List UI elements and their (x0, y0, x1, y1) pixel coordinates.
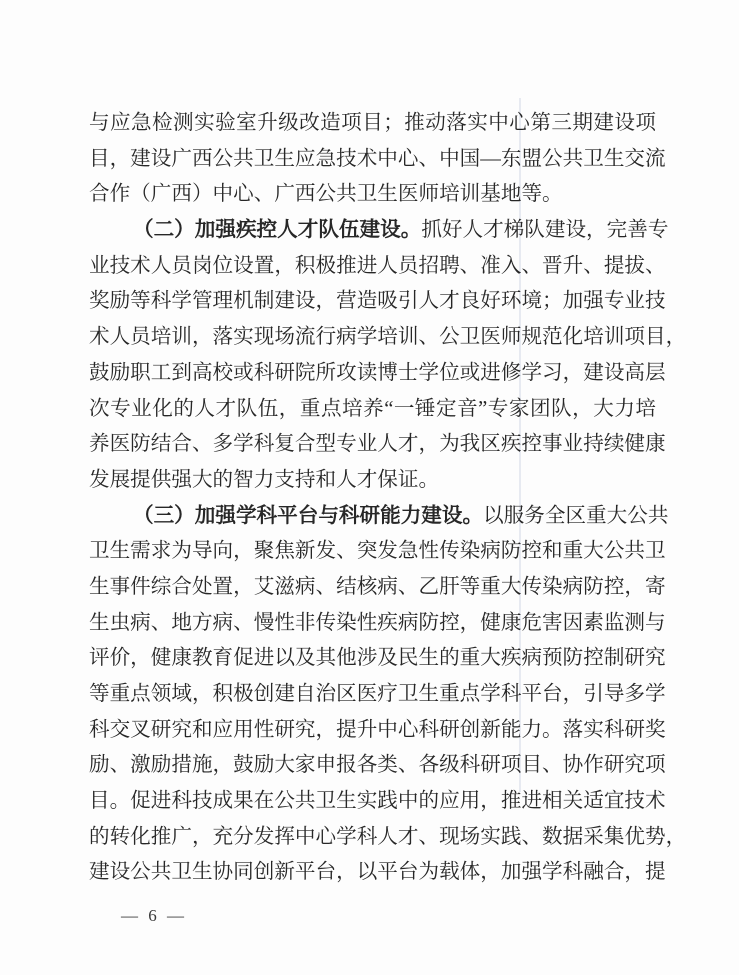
text-line: 评价，健康教育促进以及其他涉及民生的重大疾病预防控制研究 (89, 641, 656, 677)
text-line: 励、激励措施，鼓励大家申报各类、各级科研项目、协作研究项 (89, 748, 656, 784)
paragraph-body-text: 等重点领域，积极创建自治区医疗卫生重点学科平台，引导多学 (89, 683, 666, 705)
text-line: 术人员培训，落实现场流行病学培训、公卫医师规范化培训项目， (89, 320, 656, 356)
text-line: 卫生需求为导向，聚焦新发、突发急性传染病防控和重大公共卫 (89, 534, 656, 570)
text-line: 业技术人员岗位设置，积极推进人员招聘、准入、晋升、提拔、 (89, 249, 656, 285)
text-line: 建设公共卫生协同创新平台，以平台为载体，加强学科融合，提 (89, 855, 656, 891)
paragraph-body-text: 抓好人才梯队建设，完善专 (421, 219, 668, 241)
paragraph-body-text: 目。促进科技成果在公共卫生实践中的应用，推进相关适宜技术 (89, 790, 666, 812)
paragraph-heading-text: （二）加强疾控人才队伍建设。 (133, 219, 421, 241)
paragraph-body-text: 鼓励职工到高校或科研院所攻读博士学位或进修学习，建设高层 (89, 362, 666, 384)
paragraph-body-text: 励、激励措施，鼓励大家申报各类、各级科研项目、协作研究项 (89, 754, 666, 776)
text-line: 次专业化的人才队伍，重点培养“一锤定音”专家团队，大力培 (89, 392, 656, 428)
paragraph-body-text: 的转化推广，充分发挥中心学科人才、现场实践、数据采集优势， (89, 826, 686, 848)
paragraph-body-text: 奖励等科学管理机制建设，营造吸引人才良好环境；加强专业技 (89, 290, 666, 312)
document-body-text: 与应急检测实验室升级改造项目；推动落实中心第三期建设项目，建设广西公共卫生应急技… (89, 106, 656, 891)
text-line: 等重点领域，积极创建自治区医疗卫生重点学科平台，引导多学 (89, 677, 656, 713)
paragraph-body-text: 次专业化的人才队伍，重点培养“一锤定音”专家团队，大力培 (89, 398, 656, 420)
text-line: （二）加强疾控人才队伍建设。抓好人才梯队建设，完善专 (89, 213, 656, 249)
text-line: 科交叉研究和应用性研究，提升中心科研创新能力。落实科研奖 (89, 713, 656, 749)
paragraph-body-text: 建设公共卫生协同创新平台，以平台为载体，加强学科融合，提 (89, 861, 666, 883)
paragraph-body-text: 业技术人员岗位设置，积极推进人员招聘、准入、晋升、提拔、 (89, 255, 666, 277)
paragraph-body-text: 与应急检测实验室升级改造项目；推动落实中心第三期建设项 (89, 112, 656, 134)
paragraph-body-text: 生事件综合处置，艾滋病、结核病、乙肝等重大传染病防控，寄 (89, 576, 666, 598)
paragraph-body-text: 评价，健康教育促进以及其他涉及民生的重大疾病预防控制研究 (89, 647, 666, 669)
text-line: 生事件综合处置，艾滋病、结核病、乙肝等重大传染病防控，寄 (89, 570, 656, 606)
text-line: 发展提供强大的智力支持和人才保证。 (89, 463, 656, 499)
paragraph-body-text: 发展提供强大的智力支持和人才保证。 (89, 469, 439, 491)
paragraph-body-text: 合作（广西）中心、广西公共卫生医师培训基地等。 (89, 183, 563, 205)
scanned-document-page: 与应急检测实验室升级改造项目；推动落实中心第三期建设项目，建设广西公共卫生应急技… (0, 0, 739, 975)
text-line: 的转化推广，充分发挥中心学科人才、现场实践、数据采集优势， (89, 820, 656, 856)
text-line: 目，建设广西公共卫生应急技术中心、中国—东盟公共卫生交流 (89, 142, 656, 178)
text-line: 合作（广西）中心、广西公共卫生医师培训基地等。 (89, 177, 656, 213)
paragraph-body-text: 生虫病、地方病、慢性非传染性疾病防控，健康危害因素监测与 (89, 612, 666, 634)
paragraph-body-text: 目，建设广西公共卫生应急技术中心、中国—东盟公共卫生交流 (89, 148, 666, 170)
paragraph-body-text: 科交叉研究和应用性研究，提升中心科研创新能力。落实科研奖 (89, 719, 666, 741)
paragraph-body-text: 以服务全区重大公共 (483, 505, 668, 527)
text-line: 生虫病、地方病、慢性非传染性疾病防控，健康危害因素监测与 (89, 606, 656, 642)
paragraph-body-text: 养医防结合、多学科复合型专业人才，为我区疾控事业持续健康 (89, 433, 666, 455)
text-line: 鼓励职工到高校或科研院所攻读博士学位或进修学习，建设高层 (89, 356, 656, 392)
text-line: 与应急检测实验室升级改造项目；推动落实中心第三期建设项 (89, 106, 656, 142)
text-line: 目。促进科技成果在公共卫生实践中的应用，推进相关适宜技术 (89, 784, 656, 820)
page-number: — 6 — (121, 906, 187, 926)
paragraph-body-text: 卫生需求为导向，聚焦新发、突发急性传染病防控和重大公共卫 (89, 540, 666, 562)
text-line: 奖励等科学管理机制建设，营造吸引人才良好环境；加强专业技 (89, 284, 656, 320)
paragraph-body-text: 术人员培训，落实现场流行病学培训、公卫医师规范化培训项目， (89, 326, 686, 348)
paragraph-heading-text: （三）加强学科平台与科研能力建设。 (133, 505, 483, 527)
text-line: （三）加强学科平台与科研能力建设。以服务全区重大公共 (89, 499, 656, 535)
text-line: 养医防结合、多学科复合型专业人才，为我区疾控事业持续健康 (89, 427, 656, 463)
